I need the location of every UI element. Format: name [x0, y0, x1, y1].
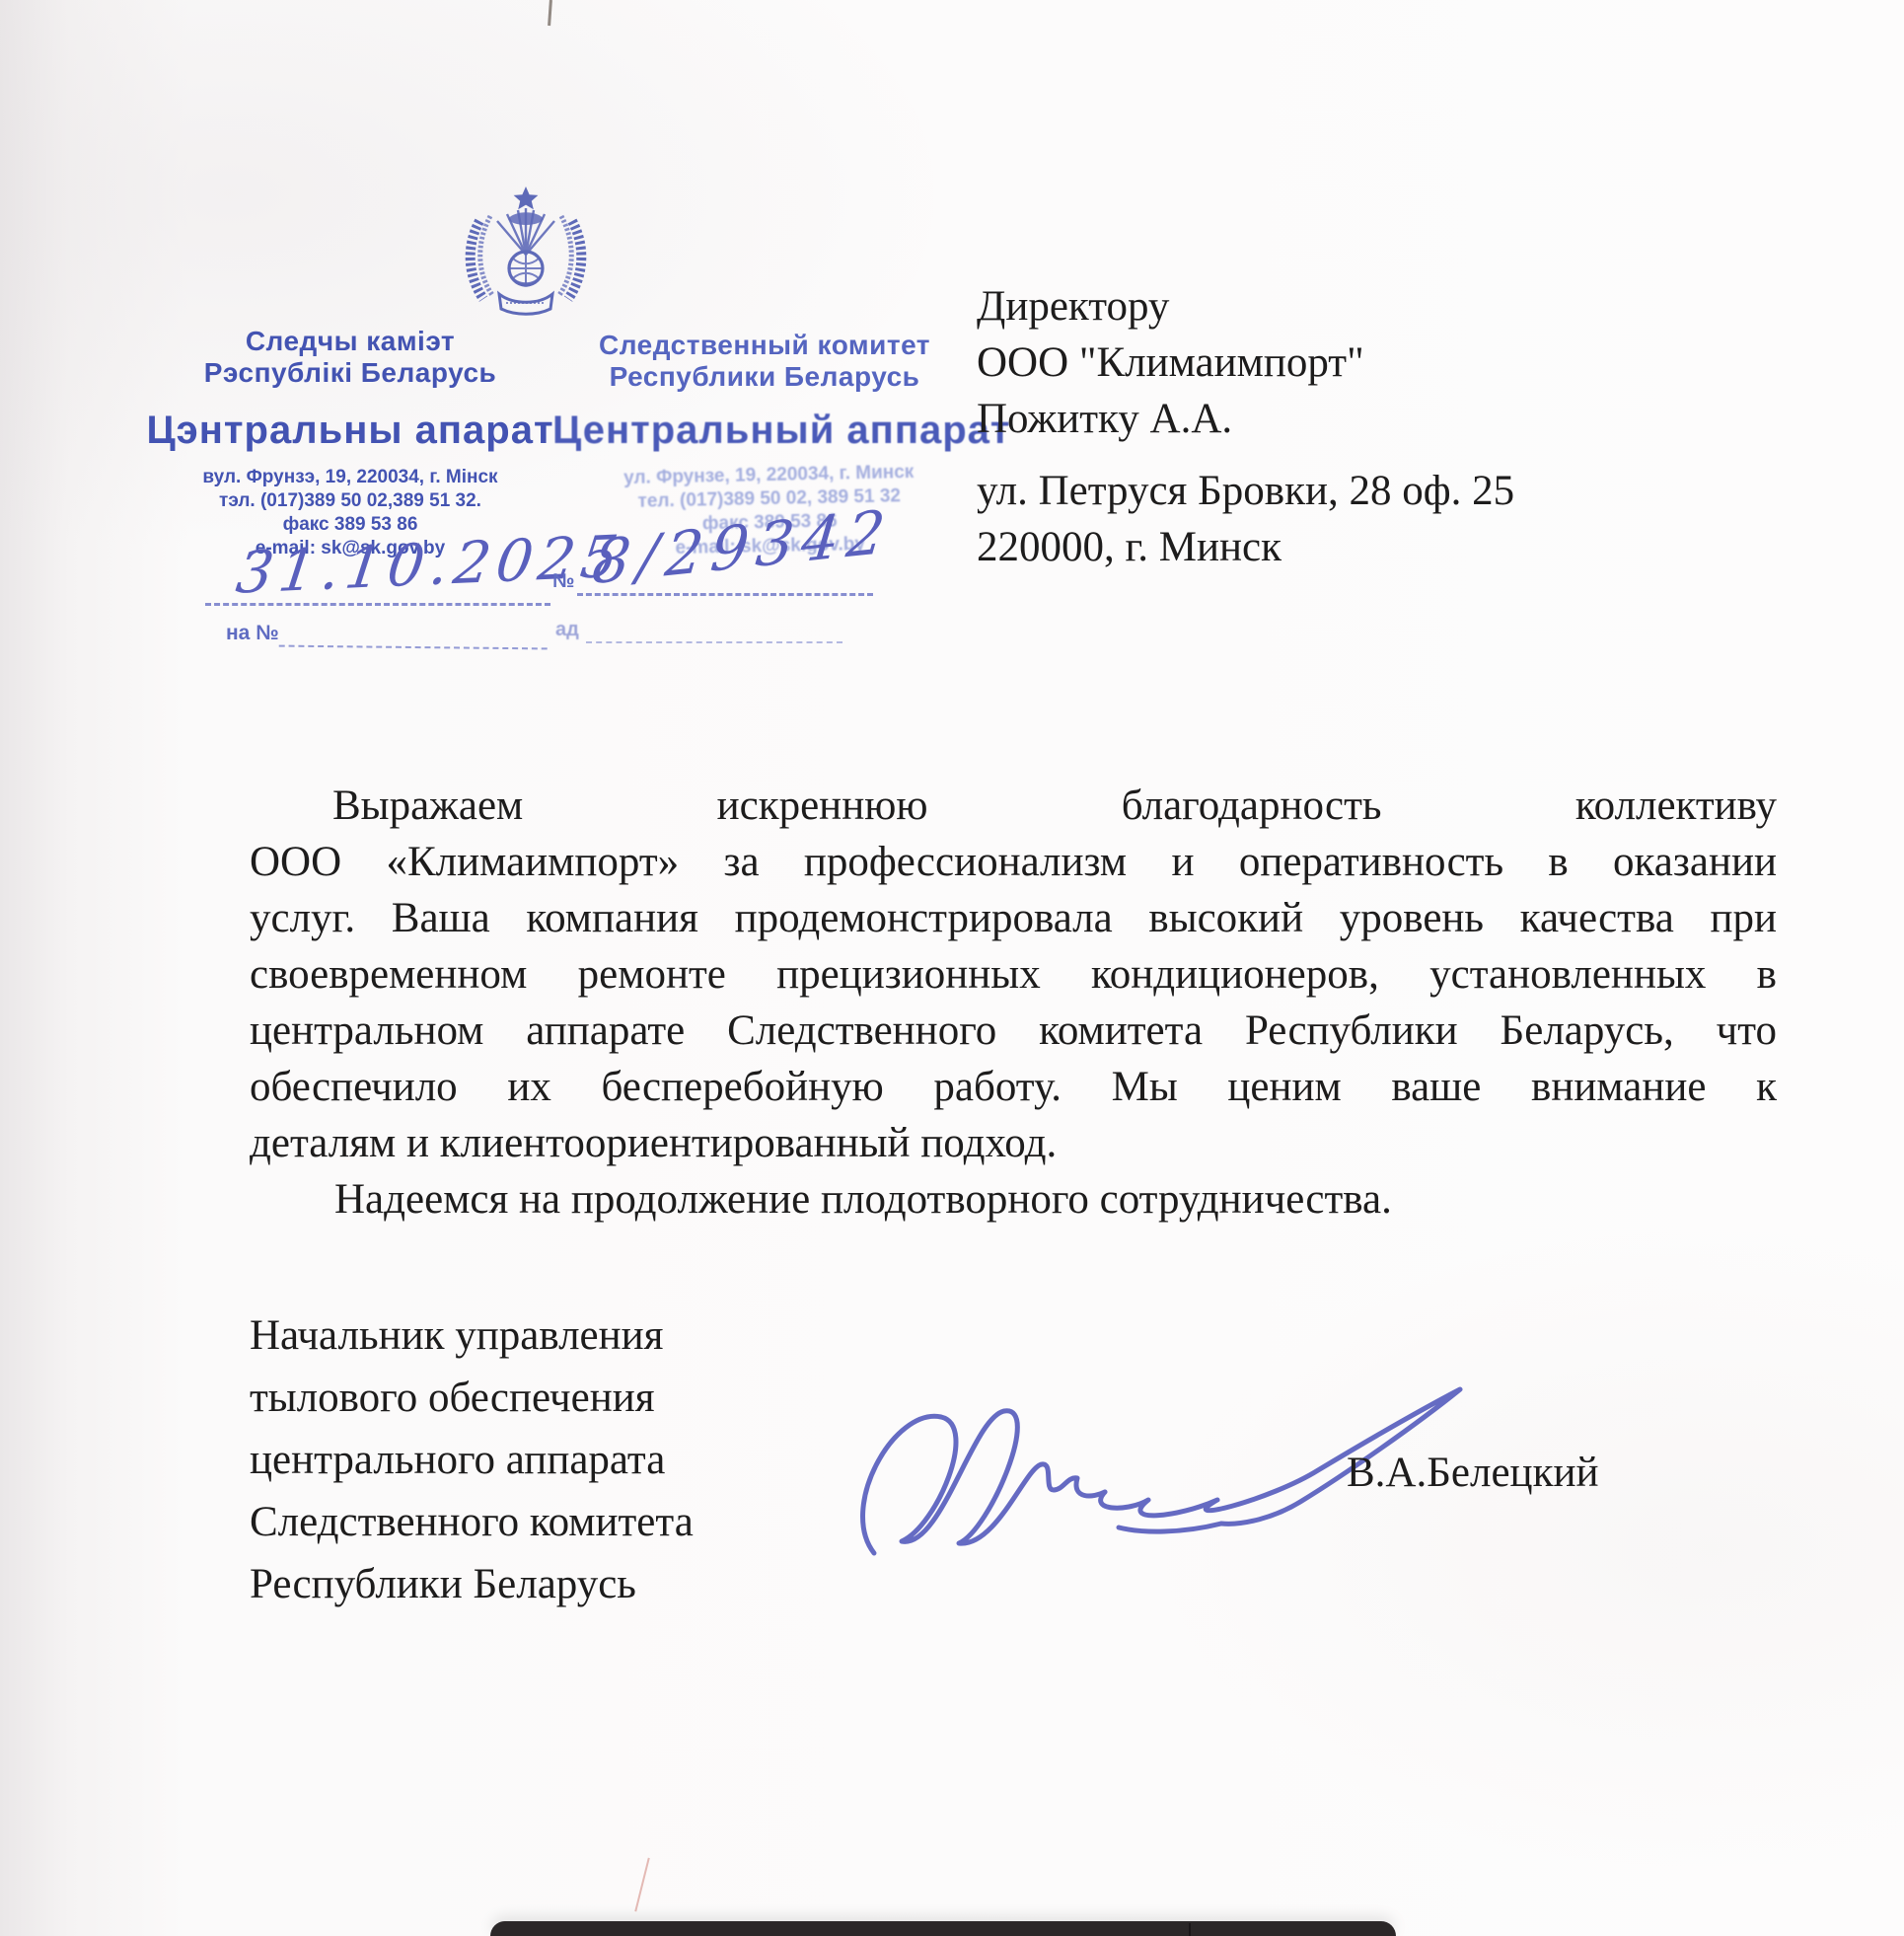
letter-body: Выражаем искреннюю благодарность коллект… — [250, 778, 1777, 1228]
signer-title-line: Республики Беларусь — [250, 1553, 694, 1615]
signer-title-block: Начальник управления тылового обеспечени… — [250, 1304, 694, 1615]
letterhead-org-ru-line2: Республики Беларусь — [577, 361, 952, 393]
belarus-coat-of-arms-icon — [462, 180, 590, 326]
letterhead-address-by-line: вул. Фрунзэ, 19, 220034, г. Мiнск — [187, 466, 513, 489]
recipient-block: Директору ООО "Климаимпорт" Пожитку А.А.… — [977, 278, 1648, 575]
body-line: центральном аппарате Следственного комит… — [250, 1003, 1777, 1059]
signer-title-line: Начальник управления — [250, 1304, 694, 1367]
scanned-letter-page: Следчы камiэт Рэспублiкi Беларусь Цэнтра… — [0, 0, 1904, 1936]
number-label: № — [552, 570, 574, 593]
letterhead-org-by-line2: Рэспублiкi Беларусь — [187, 357, 513, 389]
body-line: деталям и клиентоориентированный подход. — [250, 1115, 1777, 1171]
body-line: услуг. Ваша компания продемонстрировала … — [250, 890, 1777, 946]
letterhead-division-ru: Центральный аппарат — [552, 409, 977, 453]
letterhead-division-by: Цэнтральны апарат — [138, 409, 562, 453]
scan-artifact-stroke — [548, 0, 552, 26]
body-line: ООО «Климаимпорт» за профессионализм и о… — [250, 834, 1777, 890]
recipient-person: Пожитку А.А. — [977, 391, 1648, 447]
dock-divider — [1189, 1923, 1191, 1936]
recipient-spacer — [977, 447, 1648, 463]
body-line: обеспечило их бесперебойную работу. Мы ц… — [250, 1059, 1777, 1115]
signer-title-line: тылового обеспечения — [250, 1367, 694, 1429]
scan-artifact-scratch — [634, 1858, 649, 1912]
recipient-city: 220000, г. Минск — [977, 519, 1648, 575]
recipient-street: ул. Петруся Бровки, 28 оф. 25 — [977, 463, 1648, 519]
signer-title-line: центрального аппарата — [250, 1429, 694, 1491]
signer-name: В.А.Белецкий — [1347, 1449, 1598, 1497]
letterhead-org-by: Следчы камiэт Рэспублiкi Беларусь — [187, 326, 513, 389]
letterhead-org-ru-line1: Следственный комитет — [577, 330, 952, 361]
body-line: Надеемся на продолжение плодотворного со… — [250, 1171, 1777, 1228]
ref-number-line — [279, 591, 549, 650]
body-line: своевременном ремонте прецизионных конди… — [250, 946, 1777, 1003]
ref-number-label: на № — [226, 622, 279, 645]
letterhead-org-by-line1: Следчы камiэт — [187, 326, 513, 357]
ref-from-line — [586, 587, 842, 643]
dock-bar[interactable] — [490, 1921, 1396, 1936]
recipient-company: ООО "Климаимпорт" — [977, 335, 1648, 391]
signer-title-line: Следственного комитета — [250, 1491, 694, 1553]
letterhead-org-ru: Следственный комитет Республики Беларусь — [577, 330, 952, 393]
letterhead-address-by-line: тэл. (017)389 50 02,389 51 32. — [187, 489, 513, 513]
recipient-title: Директору — [977, 278, 1648, 335]
ref-from-label: ад — [555, 619, 579, 641]
body-line: Выражаем искреннюю благодарность коллект… — [250, 778, 1777, 834]
